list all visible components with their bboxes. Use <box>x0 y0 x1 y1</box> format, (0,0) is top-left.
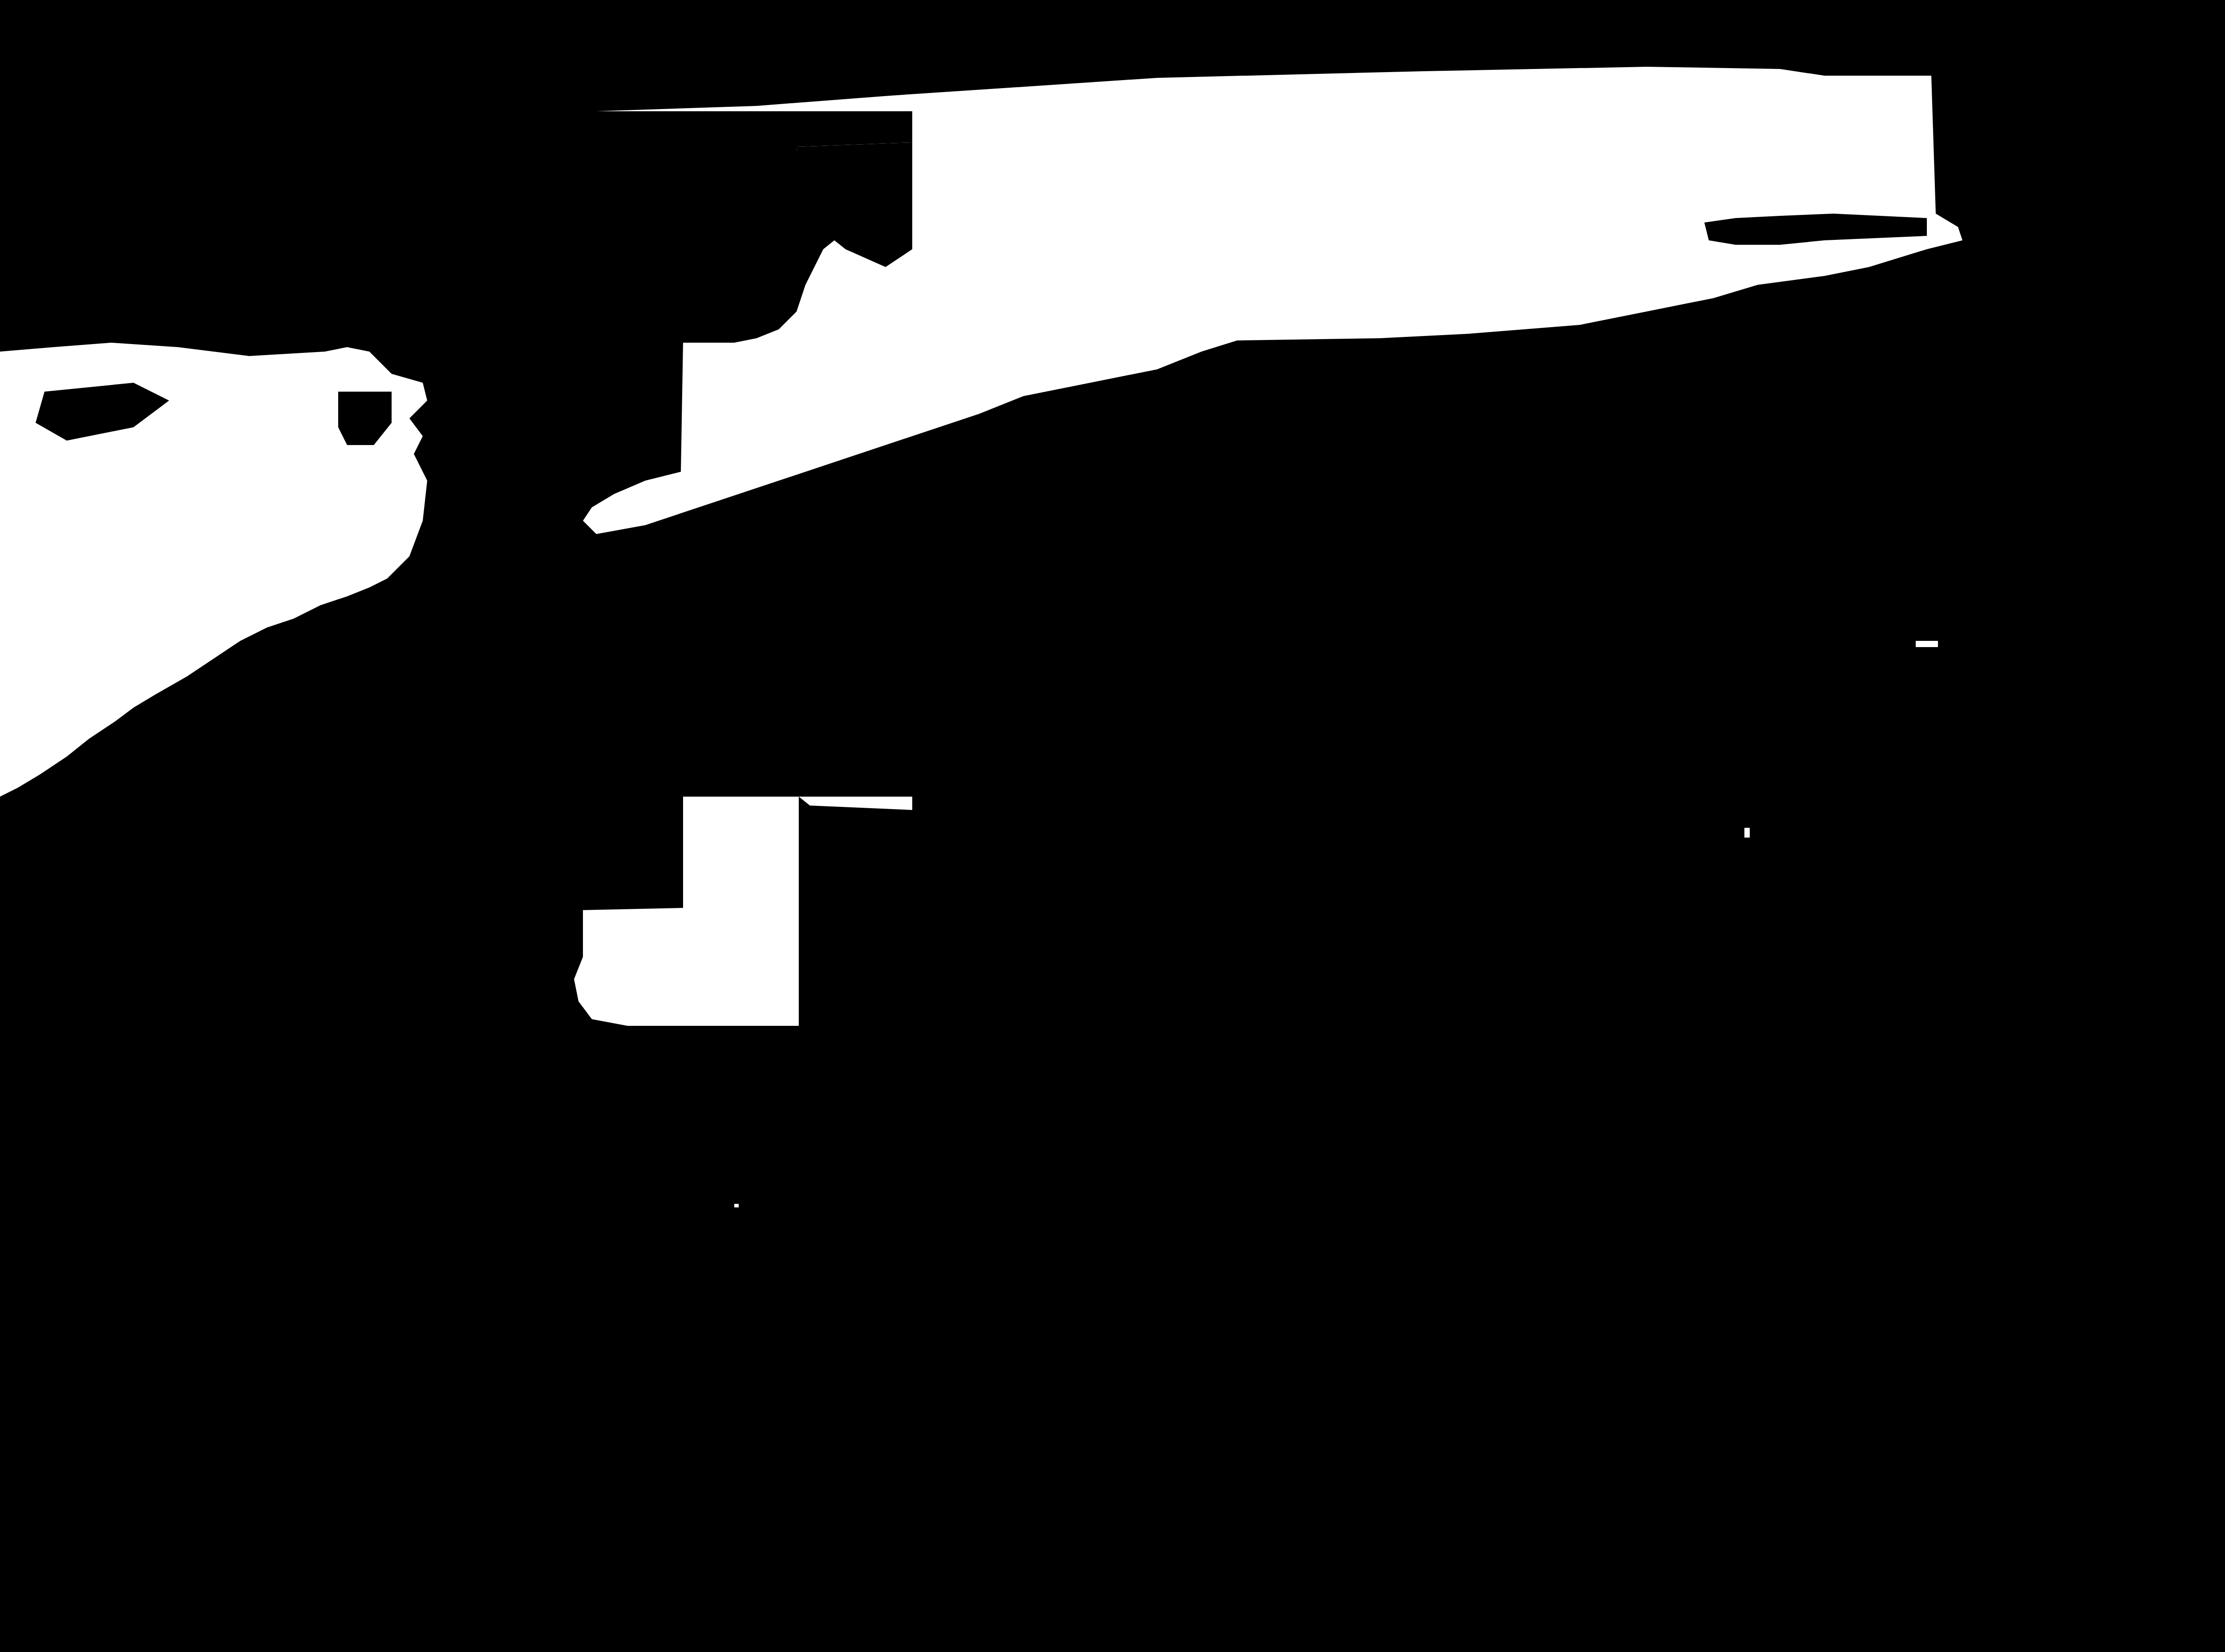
mask-speck-2 <box>1744 828 1750 838</box>
mask-region-lower-left <box>574 908 683 1026</box>
mask-canvas <box>0 0 2225 1652</box>
mask-region-lower-bar <box>683 797 799 1026</box>
mask-speck-1 <box>1916 641 1938 647</box>
segmentation-mask <box>0 0 2225 1652</box>
mask-speck-3 <box>734 1204 739 1207</box>
